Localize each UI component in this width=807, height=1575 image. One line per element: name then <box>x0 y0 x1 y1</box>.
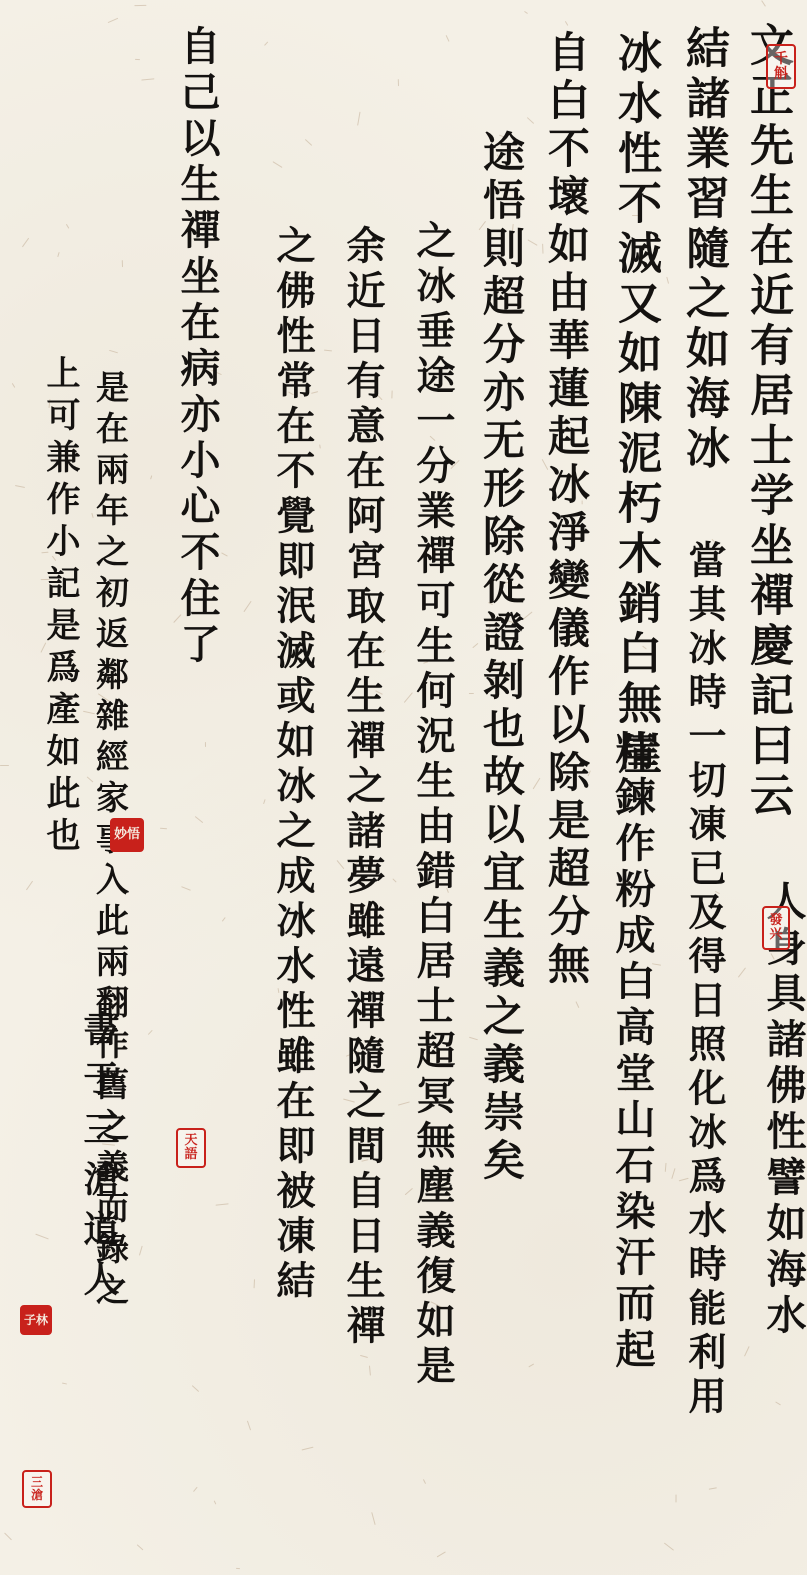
seal-right-middle: 發 兴 <box>762 906 790 950</box>
seal-char: 兴 <box>769 928 782 942</box>
seal-left-upper: 妙 悟 <box>110 818 144 852</box>
calligraphy-column-8: 途悟則超分亦无形除從證剝也故以宜生義之義崇矣 <box>480 130 522 1186</box>
signature-column: 書于三滄道人 <box>81 1010 117 1310</box>
seal-char: 天 <box>184 1134 197 1148</box>
seal-char: 子 <box>24 1314 36 1327</box>
calligraphy-column-10: 余近日有意在阿宮取在生禪之諸夢雖遠禪隨之間自日生禪 <box>343 225 382 1350</box>
calligraphy-column-11: 之佛性常在不覺即泯滅或如冰之成冰水性雖在即被凍結 <box>273 225 312 1305</box>
seal-char: 林 <box>36 1314 48 1327</box>
calligraphy-column-4: 當其冰時一切凍已及得日照化冰爲水時能利用 <box>685 540 723 1420</box>
paper-fiber <box>0 765 9 766</box>
seal-char: 悟 <box>127 828 140 842</box>
seal-char: 斛 <box>774 67 788 82</box>
inscription-column-14: 上可兼作小記是爲產如此也 <box>43 355 77 859</box>
paper-fiber <box>135 59 140 60</box>
seal-char: 滄 <box>31 1489 43 1502</box>
seal-top-right: 千 斛 <box>766 44 796 89</box>
seal-center-lower: 天 語 <box>176 1128 206 1168</box>
calligraphy-column-9: 之冰垂途一分業禪可生何況生由錯白居士超冥無塵義復如是 <box>413 220 452 1390</box>
calligraphy-column-7: 自白不壞如由華蓮起冰淨變儀作以除是超分無 <box>545 30 587 990</box>
calligraphy-column-1: 文正先生在近有居士学坐禪慶記曰云 <box>745 22 789 822</box>
paper-fiber <box>134 5 146 6</box>
calligraphy-column-6: 精鍊作粉成白高堂山石染汗而起 <box>612 730 652 1374</box>
paper-fiber <box>205 742 206 747</box>
seal-char: 妙 <box>114 828 127 842</box>
seal-char: 千 <box>774 52 788 67</box>
paper-fiber <box>236 1568 240 1569</box>
calligraphy-column-3: 結諸業習隨之如海冰 <box>681 25 725 475</box>
seal-left-lower: 子 林 <box>20 1305 52 1335</box>
seal-char: 發 <box>769 914 782 928</box>
seal-bottom-left: 三 滄 <box>22 1470 52 1508</box>
calligraphy-column-12: 自己以生禪坐在病亦小心不住了 <box>177 25 217 669</box>
calligraphy-column-5: 冰水性不滅又如陳泥朽木銷白無崖 <box>613 30 657 780</box>
paper-fiber <box>122 260 123 267</box>
paper-fiber <box>469 692 474 693</box>
paper-fiber <box>391 390 392 398</box>
seal-char: 語 <box>184 1148 197 1162</box>
